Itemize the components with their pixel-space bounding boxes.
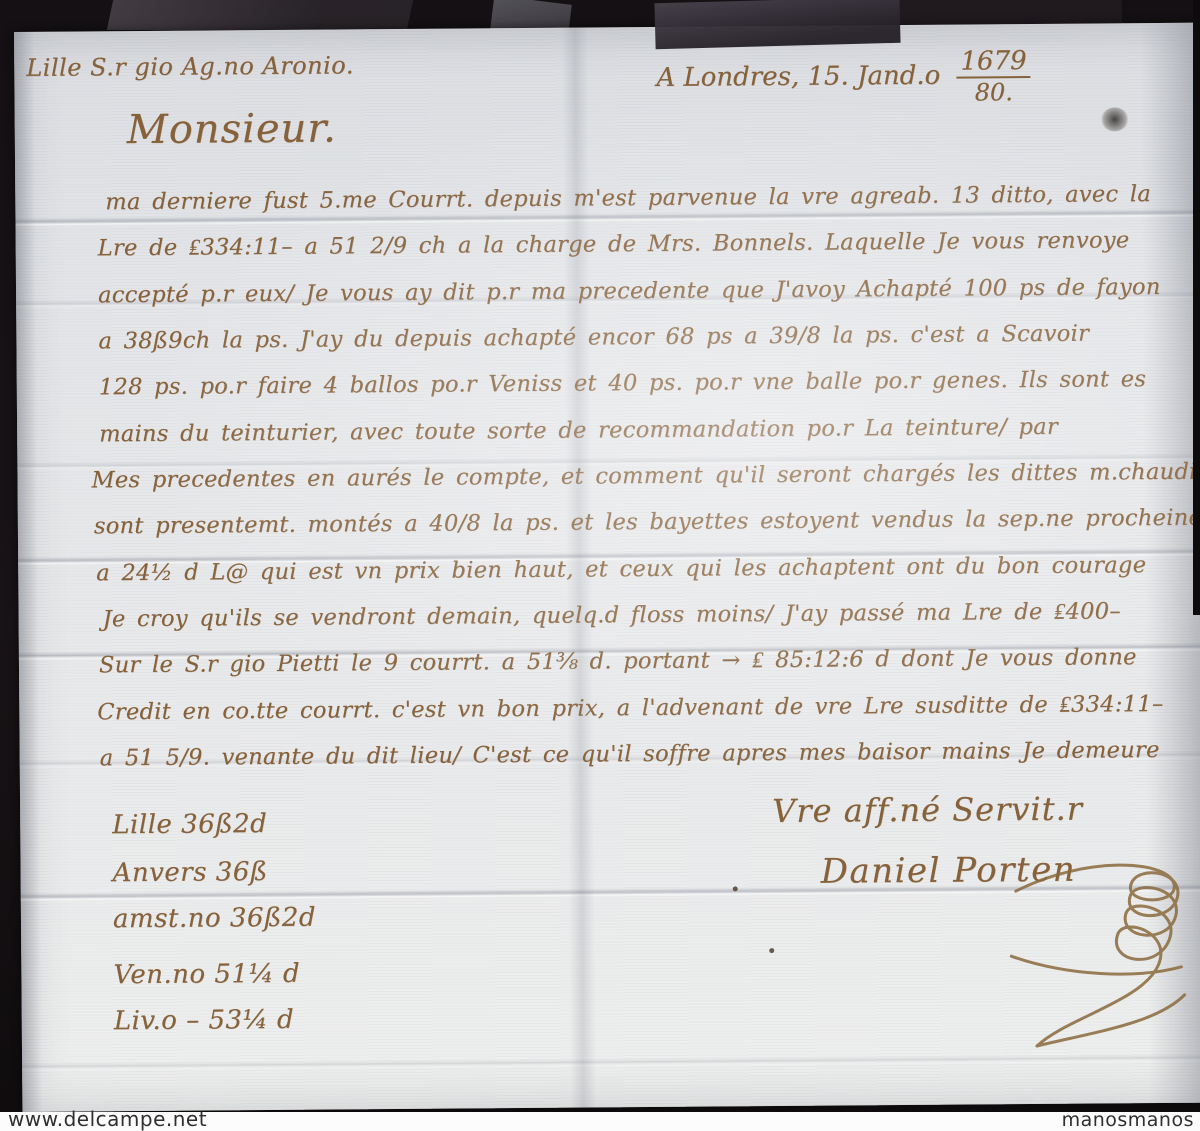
ink-dot — [733, 886, 738, 891]
mount-tape-scrap — [107, 0, 413, 30]
body-line: a 38ß9ch la ps. J'ay du depuis achapté e… — [98, 321, 1089, 355]
watermark-manosmanos: manosmanos — [1062, 1109, 1194, 1131]
mount-tape-scrap — [872, 0, 1122, 26]
watermark-delcampe: www.delcampe.net — [8, 1107, 207, 1131]
signature-flourish — [1005, 835, 1197, 1086]
body-line: Je croy qu'ils se vendront demain, quelq… — [103, 598, 1122, 632]
address-docket: Lille S.r gio Ag.no Aronio. — [26, 51, 354, 82]
body-line: 128 ps. po.r faire 4 ballos po.r Veniss … — [99, 366, 1147, 400]
mat-edge-strip — [1193, 0, 1200, 615]
watermark-band: www.delcampe.net manosmanos — [0, 1112, 1200, 1131]
body-line: a 51 5/9. venante du dit lieu/ C'est ce … — [100, 737, 1160, 771]
rate-line: amst.no 36ß2d — [113, 903, 316, 935]
letter-sheet: Lille S.r gio Ag.no Aronio. A Londres, 1… — [14, 23, 1200, 1112]
rate-line: Ven.no 51¼ d — [113, 959, 300, 990]
paper-edge-shadow — [14, 32, 42, 1112]
dateline-year-top: 1679 — [956, 48, 1030, 79]
body-line: sont presentemt. montés a 40/8 la ps. et… — [94, 505, 1200, 540]
dateline-place: A Londres, 15. Jand.o — [656, 61, 940, 93]
dateline-year-bottom: 80. — [957, 78, 1031, 105]
mount-tape-scrap — [654, 0, 900, 49]
dateline: A Londres, 15. Jand.o 1679 80. — [656, 48, 1031, 107]
salutation: Monsieur. — [127, 105, 337, 153]
body-line: Credit en co.tte courrt. c'est vn bon pr… — [97, 691, 1163, 725]
ink-dot — [769, 948, 774, 953]
body-line: accepté p.r eux/ Je vous ay dit p.r ma p… — [98, 274, 1161, 308]
rate-line: Liv.o – 53¼ d — [114, 1005, 295, 1036]
valediction: Vre aff.né Servit.r — [772, 790, 1083, 830]
body-line: mains du teinturier, avec toute sorte de… — [99, 414, 1058, 448]
ink-smudge — [1101, 107, 1129, 131]
body-line: Lre de ₤334:11– a 51 2/9 ch a la charge … — [98, 227, 1130, 261]
rate-line: Lille 36ß2d — [112, 809, 267, 840]
rate-line: Anvers 36ß — [112, 857, 267, 888]
dateline-year: 1679 80. — [956, 48, 1031, 105]
